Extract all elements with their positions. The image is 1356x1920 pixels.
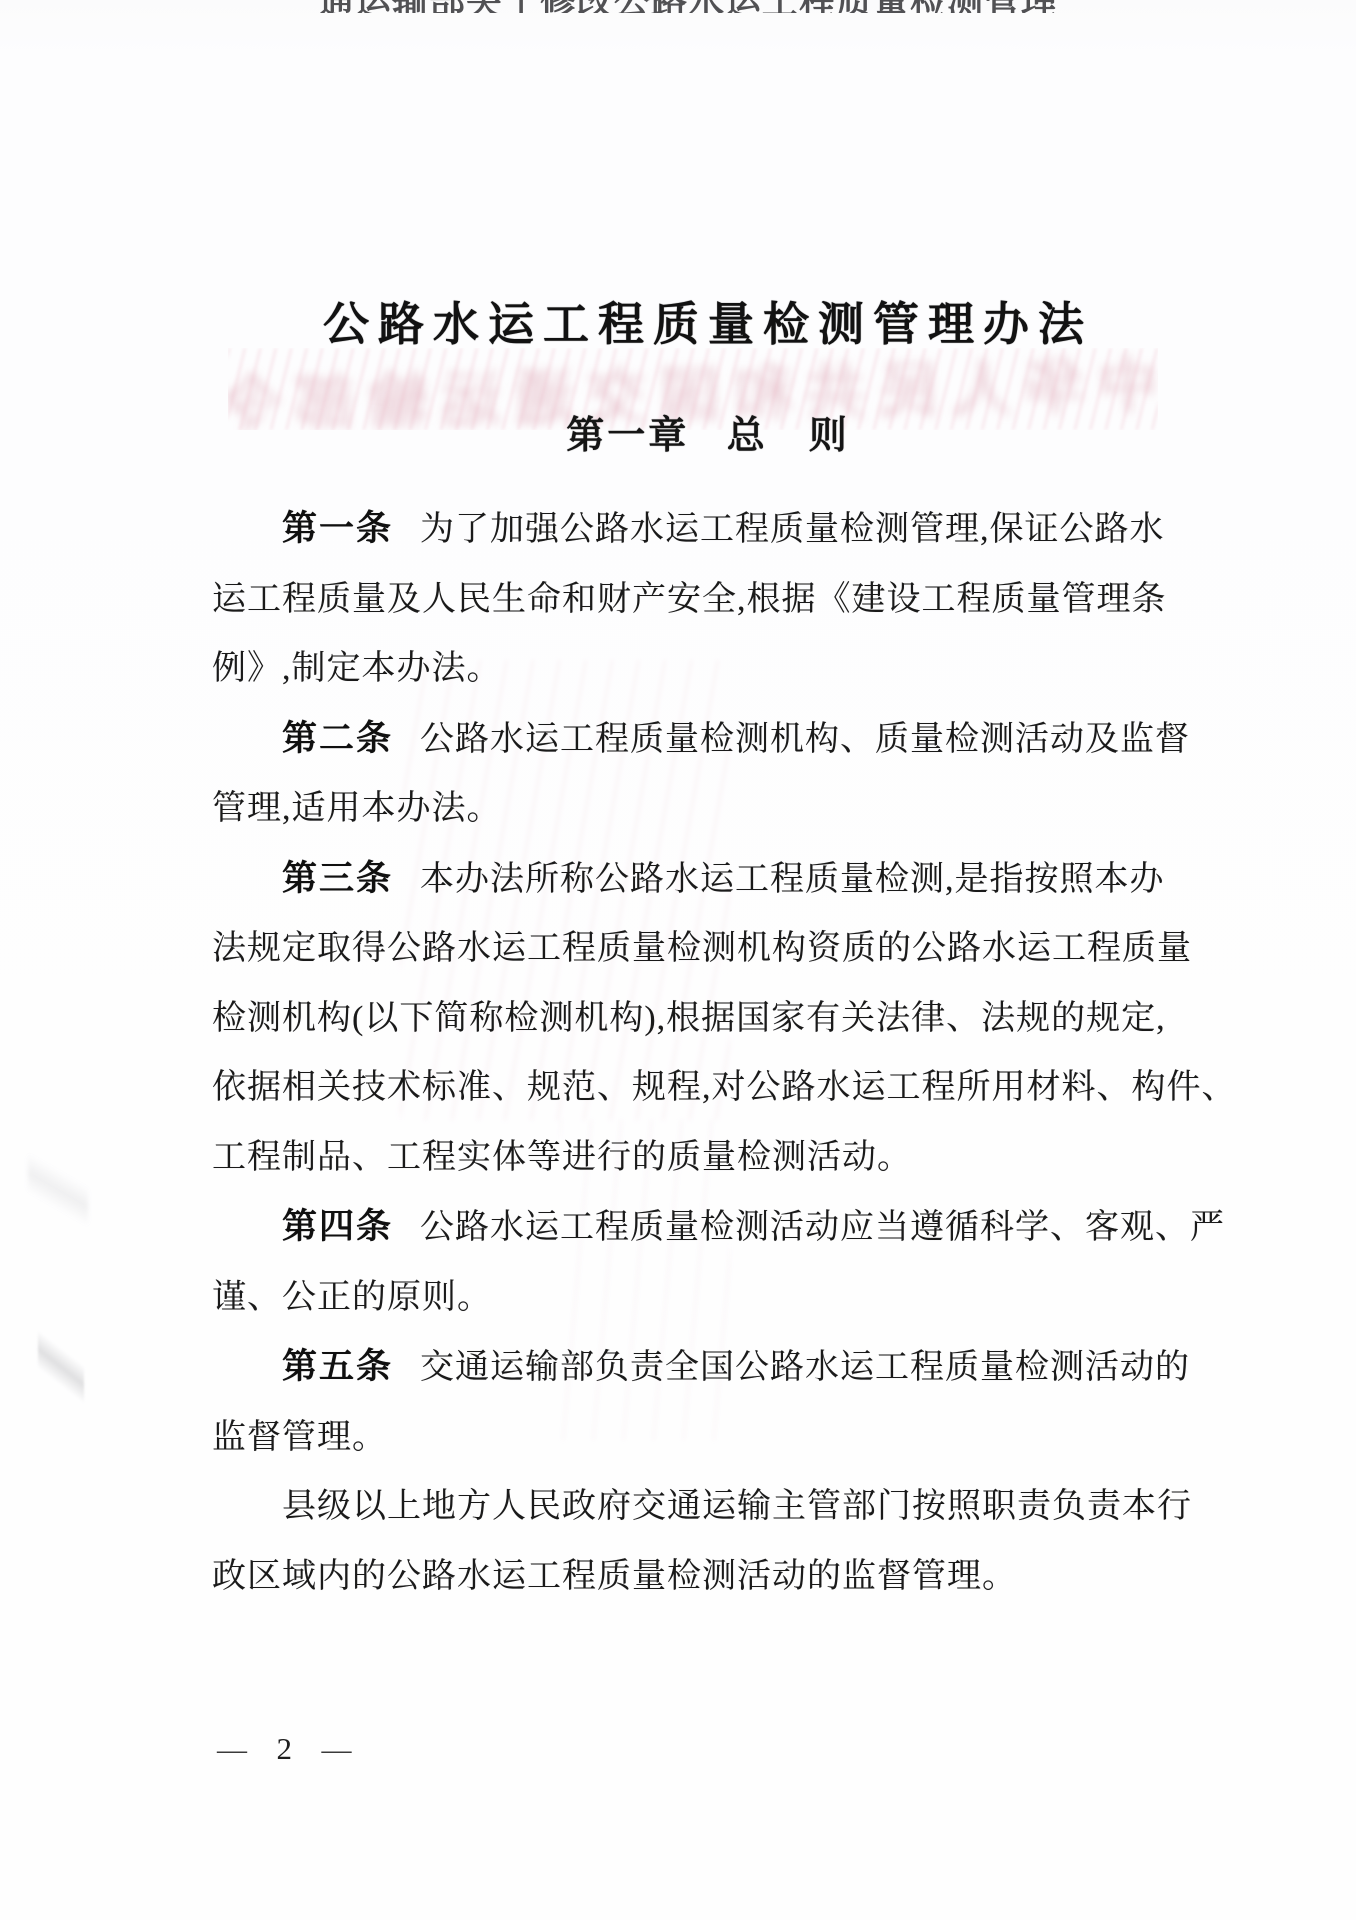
footer-dash-right: — bbox=[322, 1733, 352, 1766]
body-line: 第三条本办法所称公路水运工程质量检测,是指按照本办 bbox=[212, 844, 1212, 915]
line-text: 县级以上地方人民政府交通运输主管部门按照职责负责本行 bbox=[282, 1488, 1192, 1525]
document-title: 公路水运工程质量检测管理办法 bbox=[212, 288, 1204, 354]
line-text: 例》,制定本办法。 bbox=[212, 650, 502, 687]
scan-smudge bbox=[38, 1322, 84, 1412]
chapter-heading: 第一章 总 则 bbox=[212, 404, 1204, 459]
scanned-document-page: 通运输部关于修改公路水运工程质量检测管理办法的决定通运输部 公路水运工程质量检测… bbox=[0, 0, 1356, 1920]
line-text: 依据相关技术标准、规范、规程,对公路水运工程所用材料、构件、 bbox=[212, 1069, 1237, 1106]
body-line: 第五条交通运输部负责全国公路水运工程质量检测活动的 bbox=[212, 1332, 1212, 1403]
page-footer: — 2 — bbox=[217, 1731, 352, 1767]
article-number: 第五条 bbox=[282, 1347, 393, 1386]
article-text-block: 第一条为了加强公路水运工程质量检测管理,保证公路水运工程质量及人民生命和财产安全… bbox=[212, 494, 1212, 1611]
body-line: 县级以上地方人民政府交通运输主管部门按照职责负责本行 bbox=[212, 1472, 1212, 1542]
line-text: 政区域内的公路水运工程质量检测活动的监督管理。 bbox=[212, 1558, 1017, 1595]
page-top-scan-artifact: 通运输部关于修改公路水运工程质量检测管理办法的决定通运输部 bbox=[318, 0, 1058, 13]
body-line: 工程制品、工程实体等进行的质量检测活动。 bbox=[212, 1123, 1212, 1193]
body-line: 谨、公正的原则。 bbox=[212, 1263, 1212, 1333]
body-line: 第二条公路水运工程质量检测机构、质量检测活动及监督 bbox=[212, 704, 1212, 775]
line-text: 管理,适用本办法。 bbox=[212, 790, 502, 827]
line-text: 法规定取得公路水运工程质量检测机构资质的公路水运工程质量 bbox=[212, 930, 1192, 967]
body-line: 检测机构(以下简称检测机构),根据国家有关法律、法规的规定, bbox=[212, 984, 1212, 1054]
body-line: 第一条为了加强公路水运工程质量检测管理,保证公路水 bbox=[212, 494, 1212, 565]
body-line: 管理,适用本办法。 bbox=[212, 774, 1212, 844]
chapter-title: 总 则 bbox=[727, 415, 850, 457]
line-text: 工程制品、工程实体等进行的质量检测活动。 bbox=[212, 1139, 912, 1176]
line-text: 运工程质量及人民生命和财产安全,根据《建设工程质量管理条 bbox=[212, 581, 1167, 618]
article-number: 第三条 bbox=[282, 859, 393, 898]
line-text: 监督管理。 bbox=[212, 1419, 387, 1456]
clipped-text-fragment: 通运输部关于修改公路水运工程质量检测管理办法的决定通运输部 bbox=[318, 0, 1058, 13]
body-line: 政区域内的公路水运工程质量检测活动的监督管理。 bbox=[212, 1542, 1212, 1612]
body-line: 依据相关技术标准、规范、规程,对公路水运工程所用材料、构件、 bbox=[212, 1053, 1212, 1123]
body-line: 运工程质量及人民生命和财产安全,根据《建设工程质量管理条 bbox=[212, 565, 1212, 635]
line-text: 为了加强公路水运工程质量检测管理,保证公路水 bbox=[420, 511, 1165, 548]
line-text: 交通运输部负责全国公路水运工程质量检测活动的 bbox=[420, 1349, 1190, 1386]
body-line: 第四条公路水运工程质量检测活动应当遵循科学、客观、严 bbox=[212, 1192, 1212, 1263]
article-number: 第四条 bbox=[282, 1207, 393, 1246]
body-line: 监督管理。 bbox=[212, 1403, 1212, 1473]
line-text: 本办法所称公路水运工程质量检测,是指按照本办 bbox=[420, 861, 1165, 898]
scan-smudge bbox=[28, 1128, 88, 1258]
article-number: 第二条 bbox=[282, 719, 393, 758]
line-text: 公路水运工程质量检测机构、质量检测活动及监督 bbox=[420, 721, 1190, 758]
body-line: 法规定取得公路水运工程质量检测机构资质的公路水运工程质量 bbox=[212, 914, 1212, 984]
chapter-number: 第一章 bbox=[566, 415, 689, 457]
body-line: 例》,制定本办法。 bbox=[212, 634, 1212, 704]
line-text: 公路水运工程质量检测活动应当遵循科学、客观、严 bbox=[420, 1209, 1225, 1246]
article-number: 第一条 bbox=[282, 509, 393, 548]
footer-dash-left: — bbox=[217, 1733, 247, 1766]
page-number: 2 bbox=[277, 1731, 293, 1766]
line-text: 检测机构(以下简称检测机构),根据国家有关法律、法规的规定, bbox=[212, 1000, 1166, 1037]
line-text: 谨、公正的原则。 bbox=[212, 1279, 492, 1316]
